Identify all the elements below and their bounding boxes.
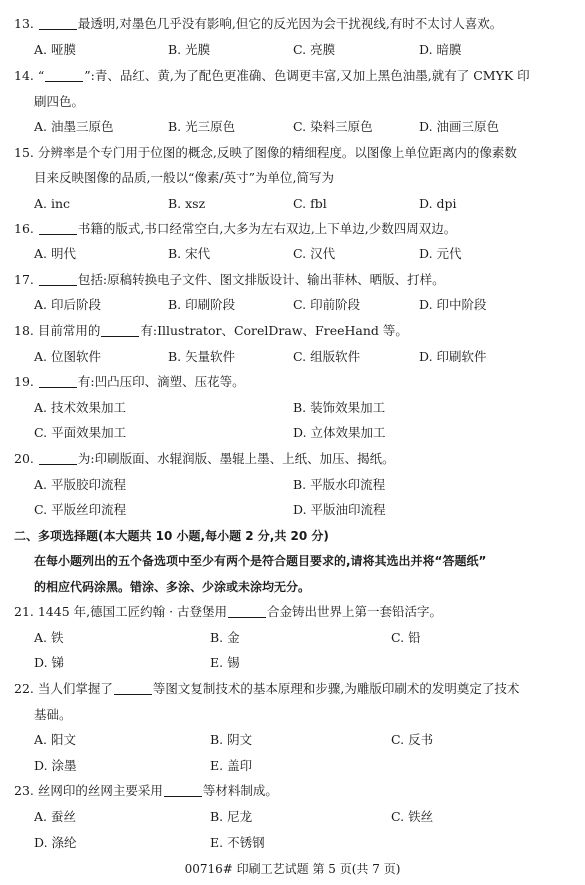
option-c: C. 铁丝 bbox=[391, 807, 433, 827]
question-19: 19. 有:凹凸压印、滴塑、压花等。 bbox=[14, 372, 245, 392]
question-number: 22. 当人们掌握了 bbox=[14, 681, 113, 696]
question-16-options: A. 明代 B. 宋代 C. 汉代 D. 元代 bbox=[34, 244, 574, 264]
question-number: 21. 1445 年,德国工匠约翰 · 古登堡用 bbox=[14, 604, 227, 619]
option-d: D. 暗膜 bbox=[419, 40, 462, 60]
option-c: C. 汉代 bbox=[293, 244, 335, 264]
option-e: E. 不锈钢 bbox=[210, 833, 265, 853]
question-number: 17. bbox=[14, 272, 34, 287]
answer-blank bbox=[39, 373, 77, 388]
option-d: D. 立体效果加工 bbox=[293, 423, 386, 443]
question-15: 15. 分辨率是个专门用于位图的概念,反映了图像的精细程度。以图像上单位距离内的… bbox=[14, 143, 517, 163]
question-number: 16. bbox=[14, 221, 34, 236]
question-23: 23. 丝网印的丝网主要采用等材料制成。 bbox=[14, 781, 278, 801]
option-a: A. 位图软件 bbox=[34, 347, 101, 367]
option-a: A. 哑膜 bbox=[34, 40, 76, 60]
option-d: D. 印刷软件 bbox=[419, 347, 487, 367]
question-number: 14. “ bbox=[14, 68, 44, 83]
option-c: C. fbl bbox=[293, 194, 327, 214]
question-text: 等材料制成。 bbox=[203, 783, 278, 798]
question-22-continuation: 基础。 bbox=[34, 705, 72, 725]
question-21-options-row1: A. 铁 B. 金 C. 铅 bbox=[34, 628, 574, 648]
question-15-continuation: 目来反映图像的品质,一般以“像素/英寸”为单位,简写为 bbox=[34, 168, 334, 188]
option-e: E. 锡 bbox=[210, 653, 240, 673]
answer-blank bbox=[39, 220, 77, 235]
option-a: A. 技术效果加工 bbox=[34, 398, 126, 418]
question-23-options-row2: D. 涤纶 E. 不锈钢 bbox=[34, 833, 574, 853]
question-21: 21. 1445 年,德国工匠约翰 · 古登堡用合金铸出世界上第一套铅活字。 bbox=[14, 602, 442, 622]
section-2-title: 二、多项选择题(本大题共 10 小题,每小题 2 分,共 20 分) bbox=[14, 526, 329, 546]
option-d: D. dpi bbox=[419, 194, 457, 214]
question-18: 18. 目前常用的有:Illustrator、CorelDraw、FreeHan… bbox=[14, 321, 408, 341]
option-d: D. 锑 bbox=[34, 653, 64, 673]
option-c: C. 铅 bbox=[391, 628, 421, 648]
answer-blank bbox=[114, 680, 152, 695]
option-b: B. 光三原色 bbox=[168, 117, 235, 137]
question-number: 20. bbox=[14, 451, 34, 466]
question-13-options: A. 哑膜 B. 光膜 C. 亮膜 D. 暗膜 bbox=[34, 40, 574, 60]
question-14-continuation: 刷四色。 bbox=[34, 92, 84, 112]
option-a: A. 阳文 bbox=[34, 730, 76, 750]
answer-blank bbox=[228, 603, 266, 618]
question-21-options-row2: D. 锑 E. 锡 bbox=[34, 653, 574, 673]
question-22: 22. 当人们掌握了等图文复制技术的基本原理和步骤,为雕版印刷术的发明奠定了技术 bbox=[14, 679, 519, 699]
option-a: A. 印后阶段 bbox=[34, 295, 101, 315]
question-20-options-row1: A. 平版胶印流程 B. 平版水印流程 bbox=[34, 475, 574, 495]
option-c: C. 组版软件 bbox=[293, 347, 360, 367]
question-17: 17. 包括:原稿转换电子文件、图文排版设计、输出菲林、晒版、打样。 bbox=[14, 270, 445, 290]
option-c: C. 印前阶段 bbox=[293, 295, 360, 315]
option-a: A. 油墨三原色 bbox=[34, 117, 113, 137]
question-20: 20. 为:印刷版面、水辊润版、墨辊上墨、上纸、加压、揭纸。 bbox=[14, 449, 395, 469]
question-22-options-row2: D. 涂墨 E. 盖印 bbox=[34, 756, 574, 776]
option-b: B. xsz bbox=[168, 194, 205, 214]
option-d: D. 油画三原色 bbox=[419, 117, 499, 137]
option-d: D. 涂墨 bbox=[34, 756, 77, 776]
question-number: 13. bbox=[14, 16, 34, 31]
option-a: A. 蚕丝 bbox=[34, 807, 76, 827]
option-b: B. 平版水印流程 bbox=[293, 475, 385, 495]
option-b: B. 光膜 bbox=[168, 40, 210, 60]
question-text: 合金铸出世界上第一套铅活字。 bbox=[267, 604, 442, 619]
question-13: 13. 最透明,对墨色几乎没有影响,但它的反光因为会干扰视线,有时不太讨人喜欢。 bbox=[14, 14, 502, 34]
question-16: 16. 书籍的版式,书口经常空白,大多为左右双边,上下单边,少数四周双边。 bbox=[14, 219, 456, 239]
option-b: B. 装饰效果加工 bbox=[293, 398, 385, 418]
question-text: 最透明,对墨色几乎没有影响,但它的反光因为会干扰视线,有时不太讨人喜欢。 bbox=[78, 16, 502, 31]
question-number: 19. bbox=[14, 374, 34, 389]
question-22-options-row1: A. 阳文 B. 阴文 C. 反书 bbox=[34, 730, 574, 750]
section-2-instruction-1: 在每小题列出的五个备选项中至少有两个是符合题目要求的,请将其选出并将“答题纸” bbox=[34, 551, 486, 571]
question-14: 14. “”:青、品红、黄,为了配色更准确、色调更丰富,又加上黑色油墨,就有了 … bbox=[14, 66, 530, 86]
question-text: ”:青、品红、黄,为了配色更准确、色调更丰富,又加上黑色油墨,就有了 CMYK … bbox=[84, 68, 529, 83]
question-18-options: A. 位图软件 B. 矢量软件 C. 组版软件 D. 印刷软件 bbox=[34, 347, 574, 367]
option-a: A. 平版胶印流程 bbox=[34, 475, 126, 495]
answer-blank bbox=[101, 322, 139, 337]
option-a: A. inc bbox=[34, 194, 70, 214]
option-c: C. 染料三原色 bbox=[293, 117, 373, 137]
option-b: B. 宋代 bbox=[168, 244, 210, 264]
question-text: 书籍的版式,书口经常空白,大多为左右双边,上下单边,少数四周双边。 bbox=[78, 221, 456, 236]
option-c: C. 反书 bbox=[391, 730, 433, 750]
question-19-options-row2: C. 平面效果加工 D. 立体效果加工 bbox=[34, 423, 574, 443]
option-c: C. 平面效果加工 bbox=[34, 423, 126, 443]
option-b: B. 阴文 bbox=[210, 730, 252, 750]
answer-blank bbox=[164, 782, 202, 797]
option-c: C. 平版丝印流程 bbox=[34, 500, 126, 520]
option-d: D. 平版油印流程 bbox=[293, 500, 386, 520]
page-footer: 00716# 印刷工艺试题 第 5 页(共 7 页) bbox=[0, 859, 585, 879]
question-14-options: A. 油墨三原色 B. 光三原色 C. 染料三原色 D. 油画三原色 bbox=[34, 117, 574, 137]
question-23-options-row1: A. 蚕丝 B. 尼龙 C. 铁丝 bbox=[34, 807, 574, 827]
question-17-options: A. 印后阶段 B. 印刷阶段 C. 印前阶段 D. 印中阶段 bbox=[34, 295, 574, 315]
question-20-options-row2: C. 平版丝印流程 D. 平版油印流程 bbox=[34, 500, 574, 520]
option-d: D. 涤纶 bbox=[34, 833, 77, 853]
question-text: 等图文复制技术的基本原理和步骤,为雕版印刷术的发明奠定了技术 bbox=[153, 681, 519, 696]
option-d: D. 印中阶段 bbox=[419, 295, 487, 315]
question-text: 有:Illustrator、CorelDraw、FreeHand 等。 bbox=[140, 323, 408, 338]
answer-blank bbox=[45, 67, 83, 82]
option-d: D. 元代 bbox=[419, 244, 462, 264]
question-text: 有:凹凸压印、滴塑、压花等。 bbox=[78, 374, 245, 389]
question-19-options-row1: A. 技术效果加工 B. 装饰效果加工 bbox=[34, 398, 574, 418]
option-a: A. 明代 bbox=[34, 244, 76, 264]
option-b: B. 尼龙 bbox=[210, 807, 252, 827]
question-number: 23. 丝网印的丝网主要采用 bbox=[14, 783, 163, 798]
option-c: C. 亮膜 bbox=[293, 40, 335, 60]
option-e: E. 盖印 bbox=[210, 756, 252, 776]
option-a: A. 铁 bbox=[34, 628, 63, 648]
question-15-options: A. inc B. xsz C. fbl D. dpi bbox=[34, 194, 574, 214]
question-text: 为:印刷版面、水辊润版、墨辊上墨、上纸、加压、揭纸。 bbox=[78, 451, 395, 466]
section-2-instruction-2: 的相应代码涂黑。错涂、多涂、少涂或未涂均无分。 bbox=[34, 577, 310, 597]
answer-blank bbox=[39, 450, 77, 465]
option-b: B. 矢量软件 bbox=[168, 347, 235, 367]
question-text: 包括:原稿转换电子文件、图文排版设计、输出菲林、晒版、打样。 bbox=[78, 272, 445, 287]
option-b: B. 金 bbox=[210, 628, 240, 648]
answer-blank bbox=[39, 271, 77, 286]
option-b: B. 印刷阶段 bbox=[168, 295, 235, 315]
answer-blank bbox=[39, 15, 77, 30]
question-number: 18. 目前常用的 bbox=[14, 323, 100, 338]
